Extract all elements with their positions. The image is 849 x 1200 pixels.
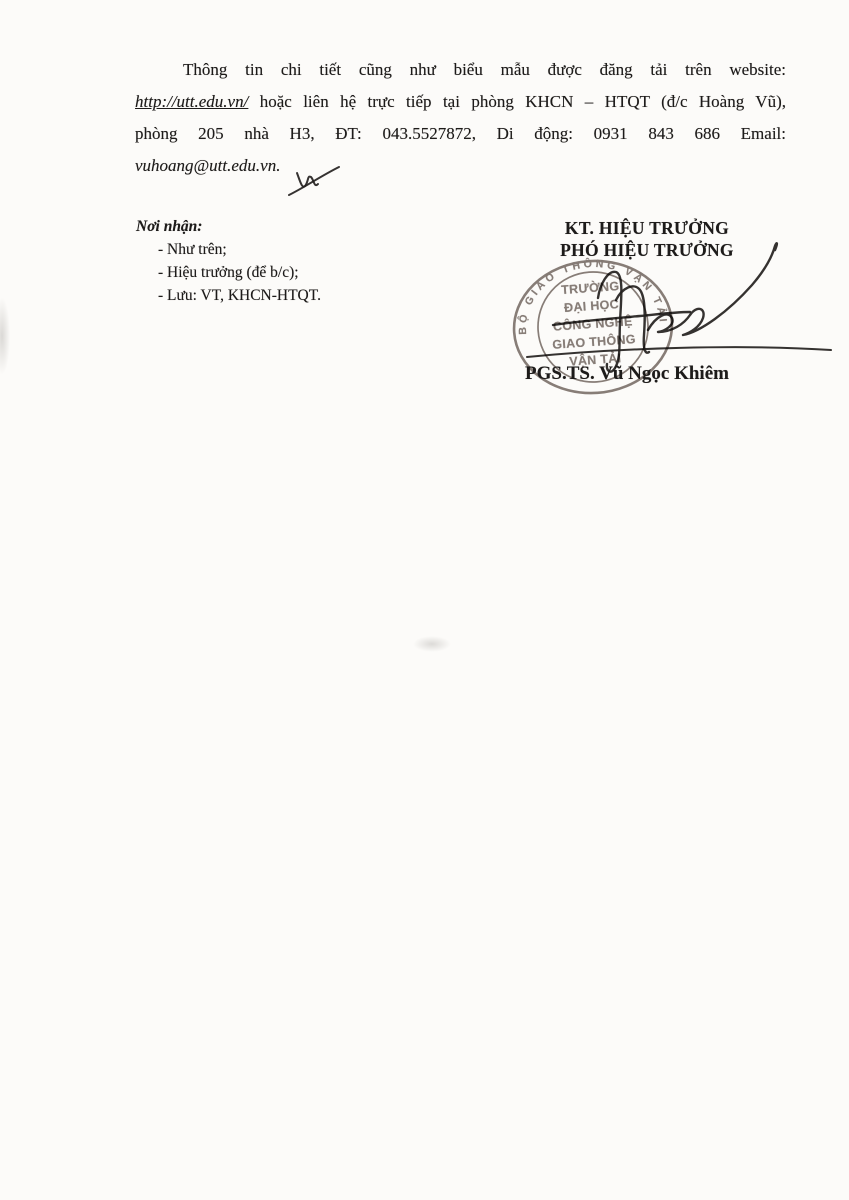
signer-name: PGS.TS. Vũ Ngọc Khiêm: [482, 362, 772, 385]
website-url: http://utt.edu.vn/: [135, 92, 248, 111]
signature-stroke: [598, 272, 621, 372]
paragraph-line: phòng 205 nhà H3, ĐT: 043.5527872, Di độ…: [135, 121, 786, 147]
signature-underline: [527, 347, 831, 357]
scan-smudge: [413, 636, 451, 652]
scan-smudge: [0, 298, 10, 374]
handwritten-initial: [280, 158, 350, 203]
text-run: Thông tin chi tiết cũng như biểu mẫu đượ…: [183, 60, 786, 79]
recipients-header: Nơi nhận:: [136, 215, 321, 238]
document-page: Thông tin chi tiết cũng như biểu mẫu đượ…: [0, 0, 849, 1200]
text-run: hoặc liên hệ trực tiếp tại phòng KHCN – …: [248, 92, 786, 111]
recipients-block: Nơi nhận: - Như trên; - Hiệu trưởng (để …: [136, 215, 321, 307]
recipient-item: - Như trên;: [158, 238, 321, 261]
text-run: phòng 205 nhà H3, ĐT: 043.5527872, Di độ…: [135, 124, 786, 143]
paragraph-line: Thông tin chi tiết cũng như biểu mẫu đượ…: [135, 57, 786, 83]
paragraph-line: vuhoang@utt.edu.vn.: [135, 153, 786, 179]
body-paragraph: Thông tin chi tiết cũng như biểu mẫu đượ…: [135, 57, 786, 185]
email-address: vuhoang@utt.edu.vn.: [135, 156, 280, 175]
signature-stroke: [648, 243, 777, 335]
paragraph-line: http://utt.edu.vn/ hoặc liên hệ trực tiế…: [135, 89, 786, 115]
recipient-item: - Hiệu trưởng (để b/c);: [158, 261, 321, 284]
recipient-item: - Lưu: VT, KHCN-HTQT.: [158, 284, 321, 307]
